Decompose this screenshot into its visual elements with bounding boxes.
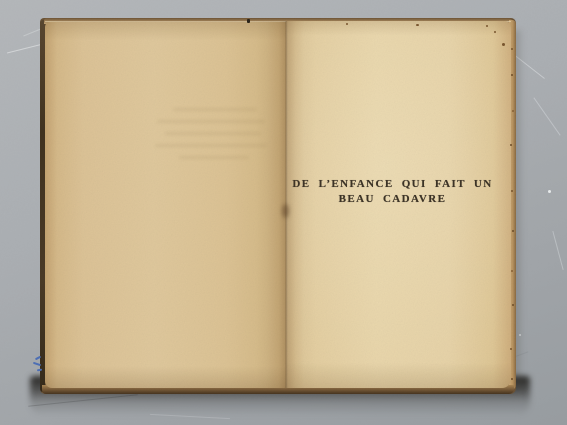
foxing-spot <box>416 24 419 26</box>
fore-edge-foxing <box>511 48 513 50</box>
half-title-heading: DE L’ENFANCE QUI FAIT UN BEAU CADAVRE <box>280 177 505 207</box>
dust-speck <box>548 190 551 193</box>
foxing-spot <box>486 25 488 27</box>
scratch-line <box>533 97 560 135</box>
top-edge-speck <box>247 19 250 23</box>
right-page: DE L’ENFANCE QUI FAIT UN BEAU CADAVRE <box>286 21 511 388</box>
heading-line-1: DE L’ENFANCE QUI FAIT UN <box>280 177 505 192</box>
foxing-spot <box>502 43 505 46</box>
foxing-spot <box>494 31 496 33</box>
scratch-line <box>552 231 563 270</box>
photo-of-open-book: DE L’ENFANCE QUI FAIT UN BEAU CADAVRE <box>0 0 567 425</box>
open-book: DE L’ENFANCE QUI FAIT UN BEAU CADAVRE <box>40 18 516 394</box>
gutter-smudge <box>282 204 289 218</box>
heading-line-2: BEAU CADAVRE <box>280 192 505 207</box>
foxing-spot <box>346 23 348 25</box>
left-page <box>45 22 286 388</box>
page-showthrough-text <box>145 102 275 182</box>
